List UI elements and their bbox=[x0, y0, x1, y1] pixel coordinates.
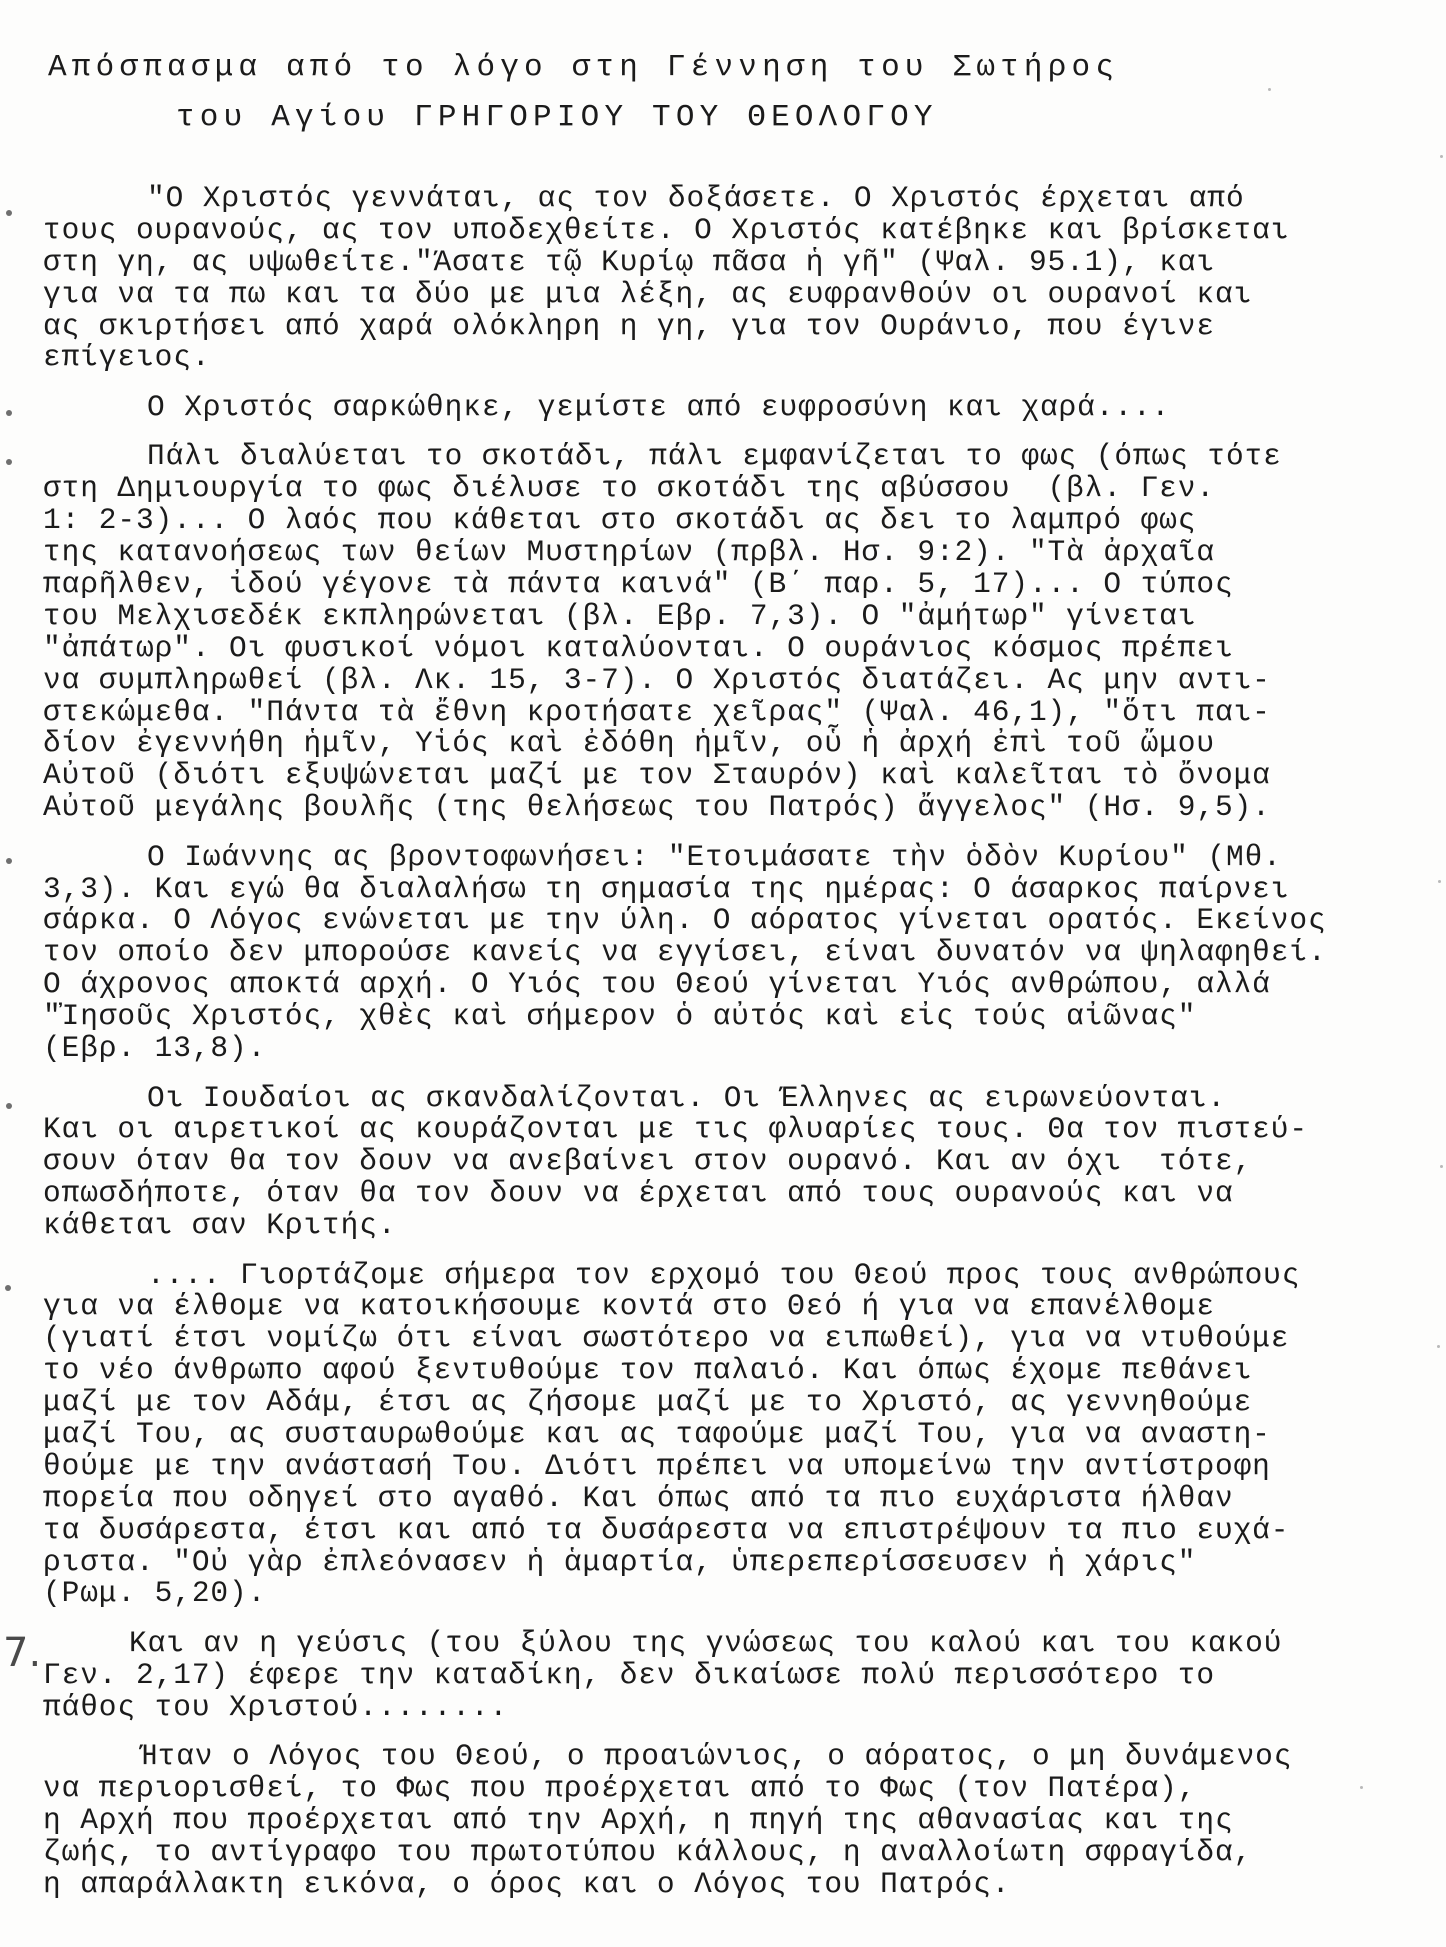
margin-dot bbox=[5, 1285, 11, 1291]
text-line: κάθεται σαν Κριτής. bbox=[43, 1210, 1423, 1242]
text-line: Ο Χριστός σαρκώθηκε, γεμίστε από ευφροσύ… bbox=[43, 392, 1423, 424]
text-line: πορεία που οδηγεί στο αγαθό. Και όπως απ… bbox=[43, 1483, 1423, 1515]
text-line: Και αν η γεύσις (του ξύλου της γνώσεως τ… bbox=[43, 1628, 1423, 1660]
text-line: θούμε με την ανάστασή Του. Διότι πρέπει … bbox=[43, 1451, 1423, 1483]
text-line: "Ο Χριστός γεννάται, ας τον δοξάσετε. Ο … bbox=[43, 183, 1423, 215]
scan-speck bbox=[1440, 155, 1443, 158]
margin-dot bbox=[6, 858, 12, 864]
text-line: Αὐτοῦ μεγάλης βουλῆς (της θελήσεως του Π… bbox=[43, 792, 1423, 824]
paragraph: Οι Ιουδαίοι ας σκανδαλίζονται. Οι Έλληνε… bbox=[43, 1083, 1423, 1242]
text-line: να συμπληρωθεί (βλ. Λκ. 15, 3-7). Ο Χρισ… bbox=[43, 665, 1423, 697]
text-line: στη γη, ας υψωθείτε."Άσατε τῷ Κυρίῳ πᾶσα… bbox=[43, 247, 1423, 279]
text-line: επίγειος. bbox=[43, 342, 1423, 374]
text-line: για να τα πω και τα δύο με μια λέξη, ας … bbox=[43, 279, 1423, 311]
text-line: Οι Ιουδαίοι ας σκανδαλίζονται. Οι Έλληνε… bbox=[43, 1083, 1423, 1115]
text-line: Ο Ιωάννης ας βροντοφωνήσει: "Ετοιμάσατε … bbox=[43, 842, 1423, 874]
text-line: της κατανοήσεως των θείων Μυστηρίων (πρβ… bbox=[43, 537, 1423, 569]
scanned-page: Απόσπασμα από το λόγο στη Γέννηση του Σω… bbox=[0, 0, 1446, 1947]
text-line: παρῆλθεν, ἰδού γέγονε τὰ πάντα καινά" (Β… bbox=[43, 569, 1423, 601]
text-line: Γεν. 2,17) έφερε την καταδίκη, δεν δικαί… bbox=[43, 1660, 1423, 1692]
paragraph: Ο Χριστός σαρκώθηκε, γεμίστε από ευφροσύ… bbox=[43, 392, 1423, 424]
scan-speck bbox=[1438, 880, 1441, 883]
document-body: "Ο Χριστός γεννάται, ας τον δοξάσετε. Ο … bbox=[43, 183, 1423, 1918]
text-line: πάθος του Χριστού........ bbox=[43, 1692, 1423, 1724]
text-line: .... Γιορτάζομε σήμερα τον ερχομό του Θε… bbox=[43, 1260, 1423, 1292]
paragraph: Ο Ιωάννης ας βροντοφωνήσει: "Ετοιμάσατε … bbox=[43, 842, 1423, 1065]
scan-speck bbox=[1437, 1345, 1440, 1348]
text-line: στεκώμεθα. "Πάντα τὰ ἔθνη κροτήσατε χεῖρ… bbox=[43, 697, 1423, 729]
text-line: ας σκιρτήσει από χαρά ολόκληρη η γη, για… bbox=[43, 311, 1423, 343]
margin-dot bbox=[6, 210, 12, 216]
text-line: σουν όταν θα τον δουν να ανεβαίνει στον … bbox=[43, 1146, 1423, 1178]
text-line: Και οι αιρετικοί ας κουράζονται με τις φ… bbox=[43, 1114, 1423, 1146]
text-line: στη Δημιουργία το φως διέλυσε το σκοτάδι… bbox=[43, 473, 1423, 505]
text-line: η απαράλλακτη εικόνα, ο όρος και ο Λόγος… bbox=[43, 1869, 1423, 1901]
text-line: σάρκα. Ο Λόγος ενώνεται με την ύλη. Ο αό… bbox=[43, 905, 1423, 937]
paragraph: "Ο Χριστός γεννάται, ας τον δοξάσετε. Ο … bbox=[43, 183, 1423, 374]
paragraph: Πάλι διαλύεται το σκοτάδι, πάλι εμφανίζε… bbox=[43, 441, 1423, 824]
text-line: για να έλθομε να κατοικήσουμε κοντά στο … bbox=[43, 1291, 1423, 1323]
text-line: Ο άχρονος αποκτά αρχή. Ο Υιός του Θεού γ… bbox=[43, 969, 1423, 1001]
text-line: "Ἰησοῦς Χριστός, χθὲς καὶ σήμερον ὁ αὐτό… bbox=[43, 1001, 1423, 1033]
text-line: ριστα. "Οὐ γὰρ ἐπλεόνασεν ἡ ἁμαρτία, ὑπε… bbox=[43, 1547, 1423, 1579]
margin-number: 7. bbox=[3, 1633, 41, 1673]
text-line: (γιατί έτσι νομίζω ότι είναι σωστότερο ν… bbox=[43, 1323, 1423, 1355]
margin-dot bbox=[6, 459, 12, 465]
scan-speck bbox=[1268, 88, 1271, 91]
text-line: Πάλι διαλύεται το σκοτάδι, πάλι εμφανίζε… bbox=[43, 441, 1423, 473]
margin-dot bbox=[6, 410, 12, 416]
text-line: (Εβρ. 13,8). bbox=[43, 1033, 1423, 1065]
text-line: οπωσδήποτε, όταν θα τον δουν να έρχεται … bbox=[43, 1178, 1423, 1210]
paragraph: Και αν η γεύσις (του ξύλου της γνώσεως τ… bbox=[43, 1628, 1423, 1724]
text-line: τα δυσάρεστα, έτσι και από τα δυσάρεστα … bbox=[43, 1515, 1423, 1547]
text-line: 3,3). Και εγώ θα διαλαλήσω τη σημασία τη… bbox=[43, 874, 1423, 906]
text-line: 1: 2-3)... Ο λαός που κάθεται στο σκοτάδ… bbox=[43, 505, 1423, 537]
scan-speck bbox=[1440, 1165, 1443, 1168]
text-line: μαζί με τον Αδάμ, έτσι ας ζήσομε μαζί με… bbox=[43, 1387, 1423, 1419]
paragraph: .... Γιορτάζομε σήμερα τον ερχομό του Θε… bbox=[43, 1260, 1423, 1611]
text-line: το νέο άνθρωπο αφού ξεντυθούμε τον παλαι… bbox=[43, 1355, 1423, 1387]
document-subtitle: του Αγίου ΓΡΗΓΟΡΙΟΥ ΤΟΥ ΘΕΟΛΟΓΟΥ bbox=[176, 96, 938, 140]
text-line: η Αρχή που προέρχεται από την Αρχή, η πη… bbox=[43, 1805, 1423, 1837]
text-line: να περιορισθεί, το Φως που προέρχεται απ… bbox=[43, 1773, 1423, 1805]
text-line: δίον ἐγεννήθη ἡμῖν, Υἱός καὶ ἐδόθη ἡμῖν,… bbox=[43, 728, 1423, 760]
text-line: τον οποίο δεν μπορούσε κανείς να εγγίσει… bbox=[43, 937, 1423, 969]
text-line: του Μελχισεδέκ εκπληρώνεται (βλ. Εβρ. 7,… bbox=[43, 601, 1423, 633]
paragraph: Ήταν ο Λόγος του Θεού, ο προαιώνιος, ο α… bbox=[43, 1741, 1423, 1900]
text-line: Ήταν ο Λόγος του Θεού, ο προαιώνιος, ο α… bbox=[43, 1741, 1423, 1773]
margin-dot bbox=[6, 1103, 12, 1109]
text-line: μαζί Του, ας συσταυρωθούμε και ας ταφούμ… bbox=[43, 1419, 1423, 1451]
text-line: Αὐτοῦ (διότι εξυψώνεται μαζί με τον Σταυ… bbox=[43, 760, 1423, 792]
text-line: (Ρωμ. 5,20). bbox=[43, 1578, 1423, 1610]
text-line: τους ουρανούς, ας τον υποδεχθείτε. Ο Χρι… bbox=[43, 215, 1423, 247]
text-line: ζωής, το αντίγραφο του πρωτοτύπου κάλλου… bbox=[43, 1837, 1423, 1869]
text-line: "ἀπάτωρ". Οι φυσικοί νόμοι καταλύονται. … bbox=[43, 633, 1423, 665]
document-title: Απόσπασμα από το λόγο στη Γέννηση του Σω… bbox=[48, 46, 1119, 90]
